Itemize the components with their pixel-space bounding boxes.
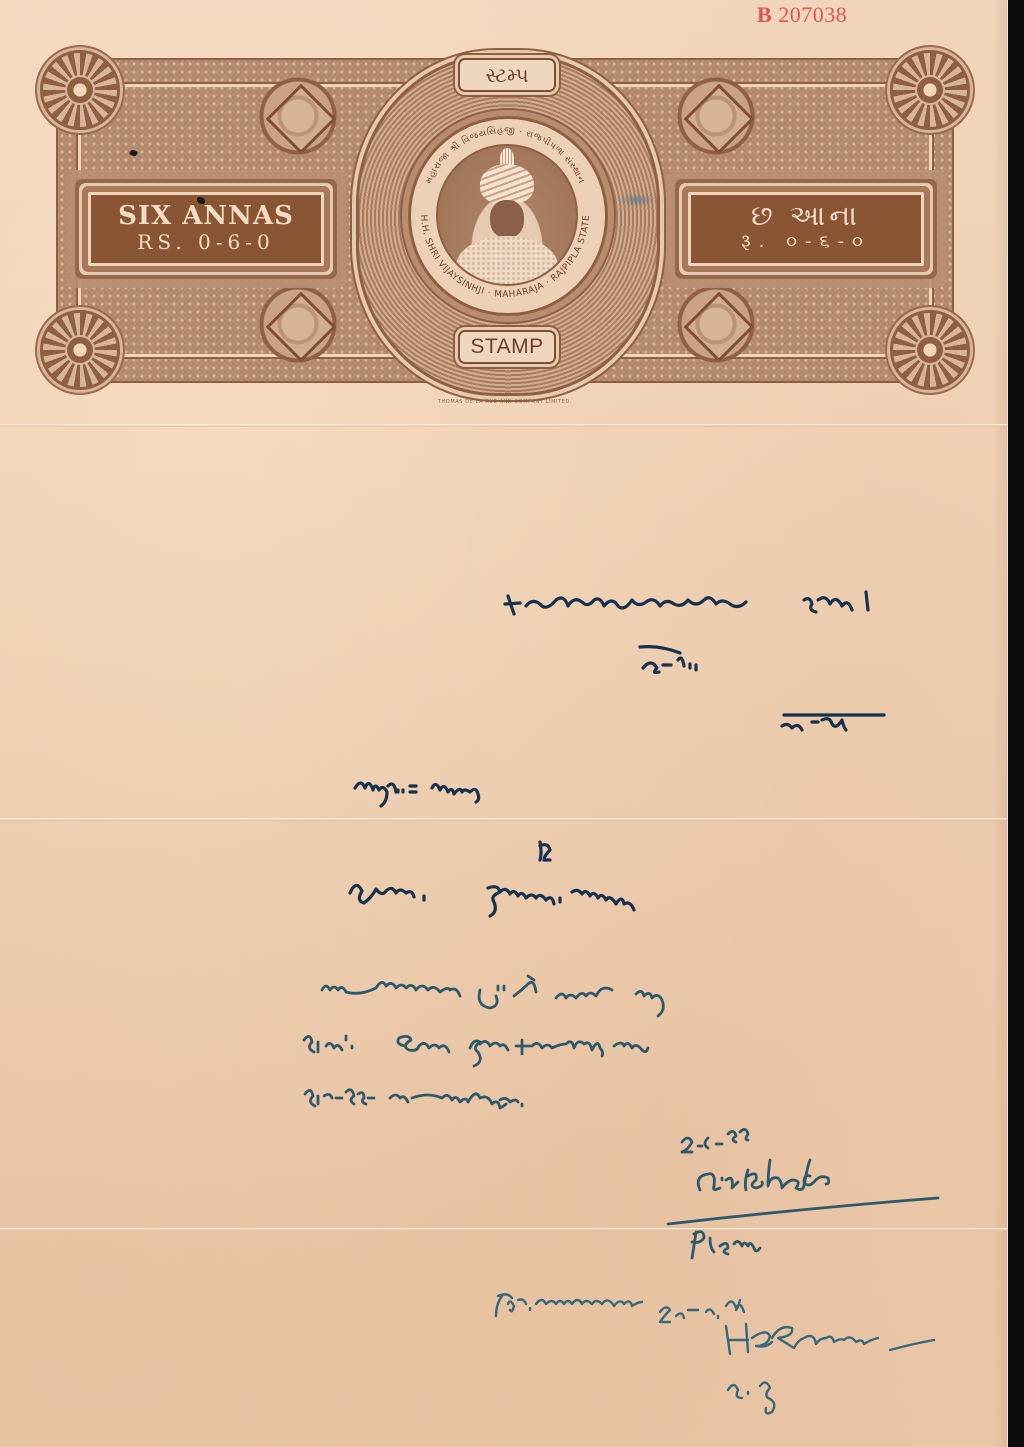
turban-icon (480, 164, 534, 204)
serial-prefix: B (757, 2, 772, 27)
portrait-medallion: મહારાજા શ્રી વિજયસિંહજી · રાજપીપળા સંસ્થ… (356, 48, 654, 393)
value-panel-gujarati: છ આના રૂ. ૦-૬-૦ (688, 192, 924, 266)
rosette-ornament-icon (40, 50, 120, 130)
handwriting-transcription: [Gujarati handwritten line] [Gujarati] ૬… (0, 0, 1, 1)
ink-speck (197, 197, 205, 204)
stamp-label-gujarati: સ્ટમ્પ (458, 58, 556, 92)
value-amount: RS. 0-6-0 (91, 231, 321, 253)
portrait-robe (456, 236, 558, 286)
quatrefoil-ornament-icon (668, 68, 764, 164)
serial-number: B207038 (757, 2, 847, 28)
ink-smudge (617, 193, 657, 207)
value-text: છ આના (691, 201, 921, 231)
fold-line (0, 424, 1008, 427)
quatrefoil-ornament-icon (250, 276, 346, 372)
quatrefoil-ornament-icon (668, 276, 764, 372)
value-text: SIX ANNAS (91, 201, 321, 231)
value-amount: રૂ. ૦-૬-૦ (691, 231, 921, 253)
stamp-label-english: STAMP (458, 330, 556, 364)
fold-line (0, 1228, 1008, 1231)
maharaja-portrait (436, 144, 578, 286)
heading-line: [Gujarati handwritten line] (0, 0, 1, 1)
portrait-face (490, 200, 524, 238)
stamp-paper-sheet: B207038 SIX ANNAS RS. 0-6-0 છ આના રૂ. ૦-… (0, 0, 1008, 1447)
rosette-ornament-icon (40, 310, 120, 390)
rosette-ornament-icon (890, 310, 970, 390)
quatrefoil-ornament-icon (250, 68, 346, 164)
printer-imprint: THOMAS DE LA RUE AND COMPANY LIMITED. (38, 399, 972, 405)
value-panel-english: SIX ANNAS RS. 0-6-0 (88, 192, 324, 266)
fold-line (0, 818, 1008, 821)
revenue-stamp: SIX ANNAS RS. 0-6-0 છ આના રૂ. ૦-૬-૦ મહાર… (38, 48, 972, 393)
rosette-ornament-icon (890, 50, 970, 130)
serial-digits: 207038 (778, 2, 847, 27)
